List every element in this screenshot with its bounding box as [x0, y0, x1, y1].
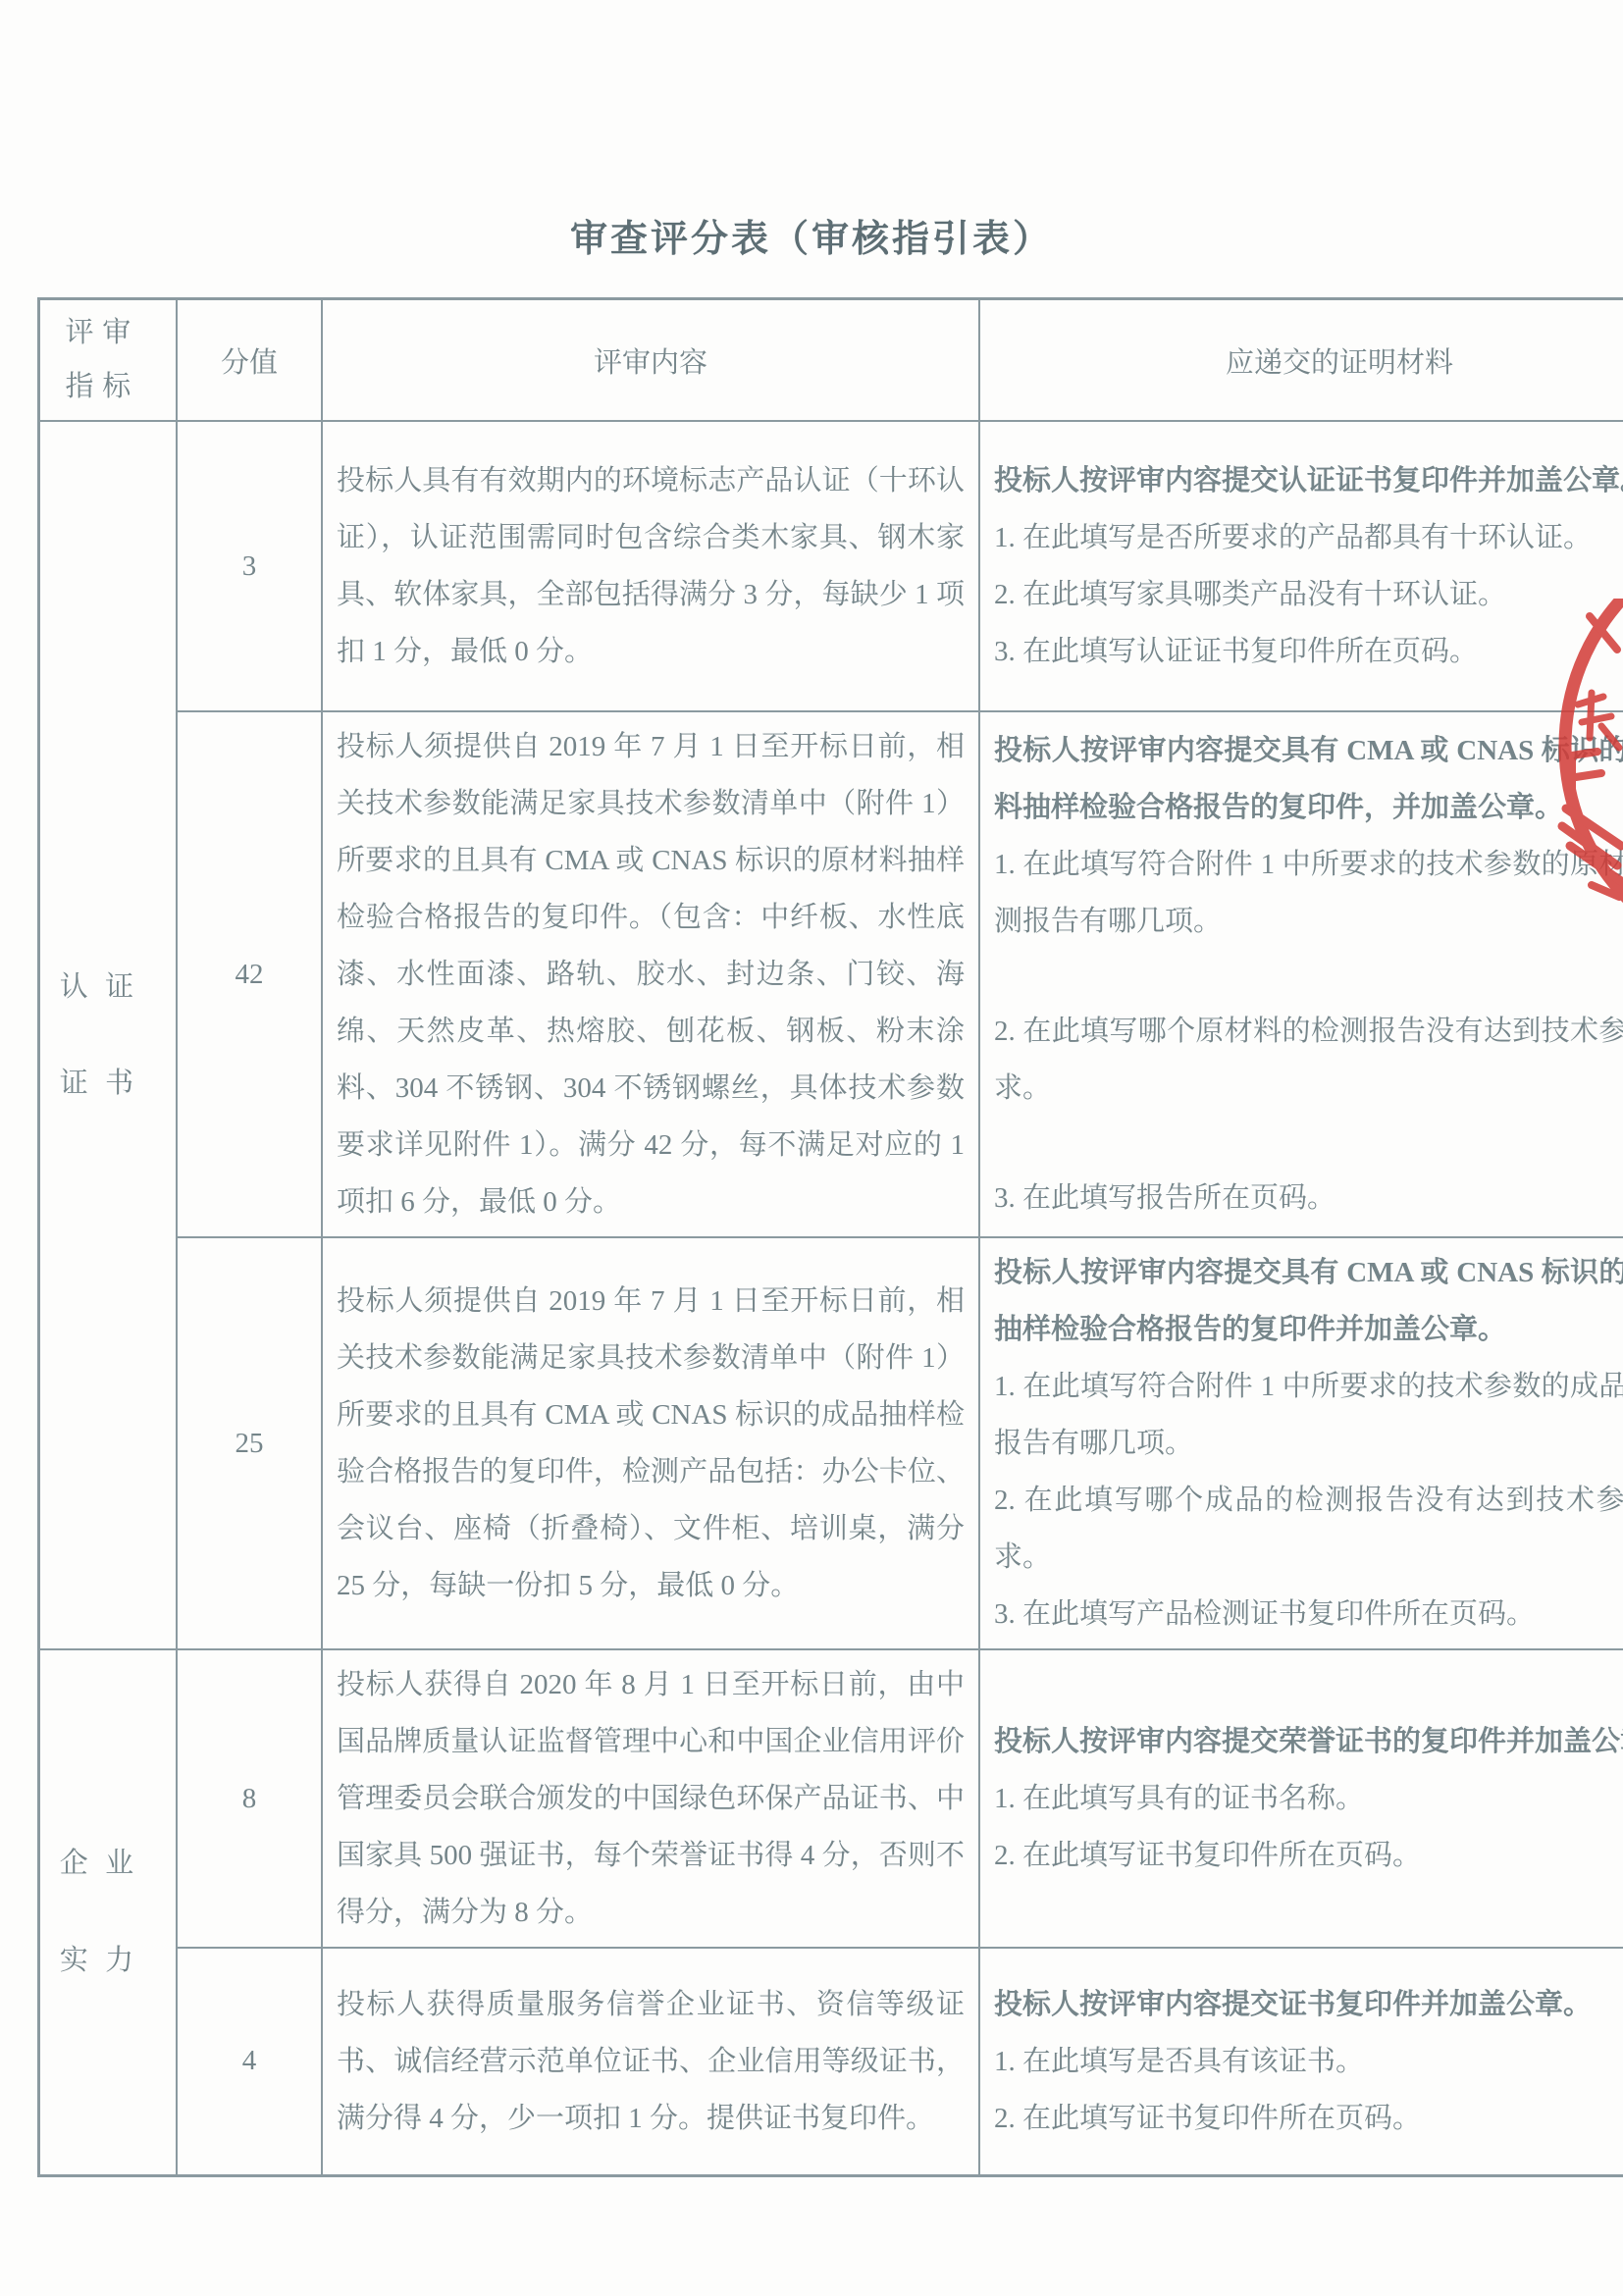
content-text: 投标人具有有效期内的环境标志产品认证（十环认证），认证范围需同时包含综合类木家具…	[337, 452, 965, 680]
materials-lead: 投标人按评审内容提交证书复印件并加盖公章。	[994, 1976, 1623, 2033]
materials-lead: 投标人按评审内容提交具有 CMA 或 CNAS 标识的成品抽样检验合格报告的复印…	[994, 1244, 1623, 1358]
table-header-row: 评审指标 分值 评审内容 应递交的证明材料	[39, 299, 1623, 422]
score-cell: 3	[177, 421, 322, 711]
materials-item: 1. 在此填写符合附件 1 中所要求的技术参数的成品检测报告有哪几项。	[994, 1358, 1623, 1472]
review-score-table: 评审指标 分值 评审内容 应递交的证明材料 认证证书 3 投标人具有有效期内的环…	[37, 297, 1623, 2177]
indicator-label-certification: 认证证书	[60, 939, 157, 1132]
table-row-strength-4: 4 投标人获得质量服务信誉企业证书、资信等级证书、诚信经营示范单位证书、企业信用…	[39, 1948, 1623, 2175]
content-text: 投标人须提供自 2019 年 7 月 1 日至开标日前，相关技术参数能满足家具技…	[337, 718, 965, 1230]
content-cell: 投标人须提供自 2019 年 7 月 1 日至开标日前，相关技术参数能满足家具技…	[322, 711, 979, 1237]
materials-lead: 投标人按评审内容提交认证证书复印件并加盖公章。	[994, 452, 1623, 509]
content-cell: 投标人须提供自 2019 年 7 月 1 日至开标日前，相关技术参数能满足家具技…	[322, 1237, 979, 1649]
materials-item: 1. 在此填写具有的证书名称。	[994, 1770, 1623, 1827]
table-row-certification-3: 认证证书 3 投标人具有有效期内的环境标志产品认证（十环认证），认证范围需同时包…	[39, 421, 1623, 711]
materials-item: 2. 在此填写证书复印件所在页码。	[994, 1827, 1623, 1884]
indicator-cell-certification: 认证证书	[39, 421, 178, 1649]
materials-lead: 投标人按评审内容提交具有 CMA 或 CNAS 标识的原材料抽样检验合格报告的复…	[994, 722, 1623, 836]
score-cell: 42	[177, 711, 322, 1237]
header-cell-score: 分值	[177, 299, 322, 422]
materials-item: 2. 在此填写哪个原材料的检测报告没有达到技术参数要求。	[994, 1003, 1623, 1117]
materials-item: 3. 在此填写认证证书复印件所在页码。	[994, 623, 1623, 680]
header-cell-indicator: 评审指标	[39, 299, 178, 422]
materials-cell: 投标人按评审内容提交荣誉证书的复印件并加盖公章。 1. 在此填写具有的证书名称。…	[979, 1649, 1623, 1948]
score-cell: 4	[177, 1948, 322, 2175]
content-cell: 投标人具有有效期内的环境标志产品认证（十环认证），认证范围需同时包含综合类木家具…	[322, 421, 979, 711]
table-row-certification-42: 42 投标人须提供自 2019 年 7 月 1 日至开标日前，相关技术参数能满足…	[39, 711, 1623, 1237]
header-indicator-label: 评审指标	[66, 306, 151, 414]
materials-lead: 投标人按评审内容提交荣誉证书的复印件并加盖公章。	[994, 1713, 1623, 1770]
materials-item: 2. 在此填写家具哪类产品没有十环认证。	[994, 566, 1623, 623]
indicator-label-strength: 企业实力	[60, 1815, 157, 2009]
table-row-certification-25: 25 投标人须提供自 2019 年 7 月 1 日至开标日前，相关技术参数能满足…	[39, 1237, 1623, 1649]
table-row-strength-8: 企业实力 8 投标人获得自 2020 年 8 月 1 日至开标日前，由中国品牌质…	[39, 1649, 1623, 1948]
materials-item: 1. 在此填写是否具有该证书。	[994, 2033, 1623, 2090]
materials-cell: 投标人按评审内容提交具有 CMA 或 CNAS 标识的原材料抽样检验合格报告的复…	[979, 711, 1623, 1237]
header-cell-materials: 应递交的证明材料	[979, 299, 1623, 422]
scanned-document-page: 审查评分表（审核指引表） 评审指标 分值 评审内容 应递交的证明材料 认证证书 …	[0, 0, 1623, 2296]
content-cell: 投标人获得质量服务信誉企业证书、资信等级证书、诚信经营示范单位证书、企业信用等级…	[322, 1948, 979, 2175]
content-text: 投标人获得自 2020 年 8 月 1 日至开标日前，由中国品牌质量认证监督管理…	[337, 1656, 965, 1941]
content-text: 投标人获得质量服务信誉企业证书、资信等级证书、诚信经营示范单位证书、企业信用等级…	[337, 1976, 965, 2147]
materials-item: 1. 在此填写是否所要求的产品都具有十环认证。	[994, 509, 1623, 566]
content-cell: 投标人获得自 2020 年 8 月 1 日至开标日前，由中国品牌质量认证监督管理…	[322, 1649, 979, 1948]
page-title: 审查评分表（审核指引表）	[0, 208, 1623, 262]
header-cell-content: 评审内容	[322, 299, 979, 422]
materials-item: 3. 在此填写报告所在页码。	[994, 1170, 1623, 1226]
materials-cell: 投标人按评审内容提交具有 CMA 或 CNAS 标识的成品抽样检验合格报告的复印…	[979, 1237, 1623, 1649]
materials-item: 2. 在此填写证书复印件所在页码。	[994, 2090, 1623, 2147]
materials-item: 2. 在此填写哪个成品的检测报告没有达到技术参数要求。	[994, 1472, 1623, 1586]
indicator-cell-strength: 企业实力	[39, 1649, 178, 2175]
materials-item: 1. 在此填写符合附件 1 中所要求的技术参数的原材料检测报告有哪几项。	[994, 836, 1623, 950]
materials-cell: 投标人按评审内容提交证书复印件并加盖公章。 1. 在此填写是否具有该证书。 2.…	[979, 1948, 1623, 2175]
materials-cell: 投标人按评审内容提交认证证书复印件并加盖公章。 1. 在此填写是否所要求的产品都…	[979, 421, 1623, 711]
score-cell: 8	[177, 1649, 322, 1948]
materials-item: 3. 在此填写产品检测证书复印件所在页码。	[994, 1586, 1623, 1643]
score-cell: 25	[177, 1237, 322, 1649]
content-text: 投标人须提供自 2019 年 7 月 1 日至开标日前，相关技术参数能满足家具技…	[337, 1273, 965, 1614]
